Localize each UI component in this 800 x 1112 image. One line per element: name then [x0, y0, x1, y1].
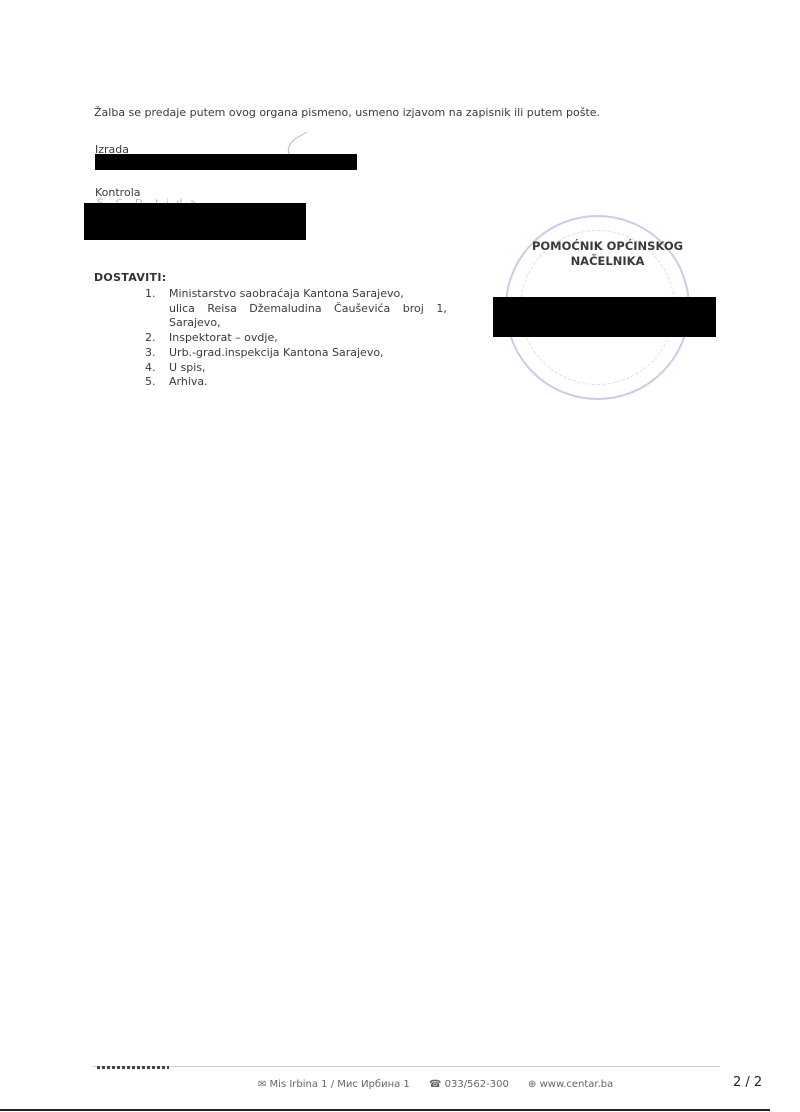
list-text: Arhiva.: [169, 375, 208, 390]
page-number: 2 / 2: [733, 1075, 762, 1090]
list-text: Inspektorat – ovdje,: [169, 331, 278, 346]
list-text-continued: Sarajevo,: [145, 316, 447, 331]
signatory-title-line2: NAČELNIKA: [505, 254, 710, 269]
footer-web: ⊕ www.centar.ba: [528, 1079, 613, 1090]
list-number: 2.: [145, 331, 169, 346]
list-item: 5. Arhiva.: [145, 375, 447, 390]
list-item: 2. Inspektorat – ovdje,: [145, 331, 447, 346]
list-text-continued: ulica Reisa Džemaludina Čauševića broj 1…: [145, 302, 447, 317]
list-item: 4. U spis,: [145, 361, 447, 376]
footer-divider: [92, 1066, 720, 1067]
list-text: Ministarstvo saobraćaja Kantona Sarajevo…: [169, 287, 404, 302]
list-item: 3. Urb.-grad.inspekcija Kantona Sarajevo…: [145, 346, 447, 361]
footer-dashes: [97, 1066, 169, 1069]
appeal-note: Žalba se predaje putem ovog organa pisme…: [94, 106, 600, 119]
redaction-signatory: [493, 297, 716, 337]
list-number: 1.: [145, 287, 169, 302]
list-text: U spis,: [169, 361, 206, 376]
footer-address: ✉ Mis Irbina 1 / Мис Ирбина 1: [258, 1079, 410, 1090]
list-number: 5.: [145, 375, 169, 390]
list-item: 1. Ministarstvo saobraćaja Kantona Saraj…: [145, 287, 447, 302]
footer-phone: ☎ 033/562-300: [429, 1079, 509, 1090]
redaction-izrada: [95, 154, 357, 170]
distribution-heading: DOSTAVITI:: [94, 271, 166, 284]
bottom-rule: [0, 1109, 770, 1111]
redaction-kontrola: [84, 203, 306, 240]
distribution-list: 1. Ministarstvo saobraćaja Kantona Saraj…: [145, 287, 447, 390]
list-number: 4.: [145, 361, 169, 376]
signatory-title: POMOĆNIK OPĆINSKOG NAČELNIKA: [505, 239, 710, 269]
signatory-title-line1: POMOĆNIK OPĆINSKOG: [505, 239, 710, 254]
footer-contact: ✉ Mis Irbina 1 / Мис Ирбина 1 ☎ 033/562-…: [258, 1079, 629, 1090]
list-number: 3.: [145, 346, 169, 361]
list-text: Urb.-grad.inspekcija Kantona Sarajevo,: [169, 346, 384, 361]
